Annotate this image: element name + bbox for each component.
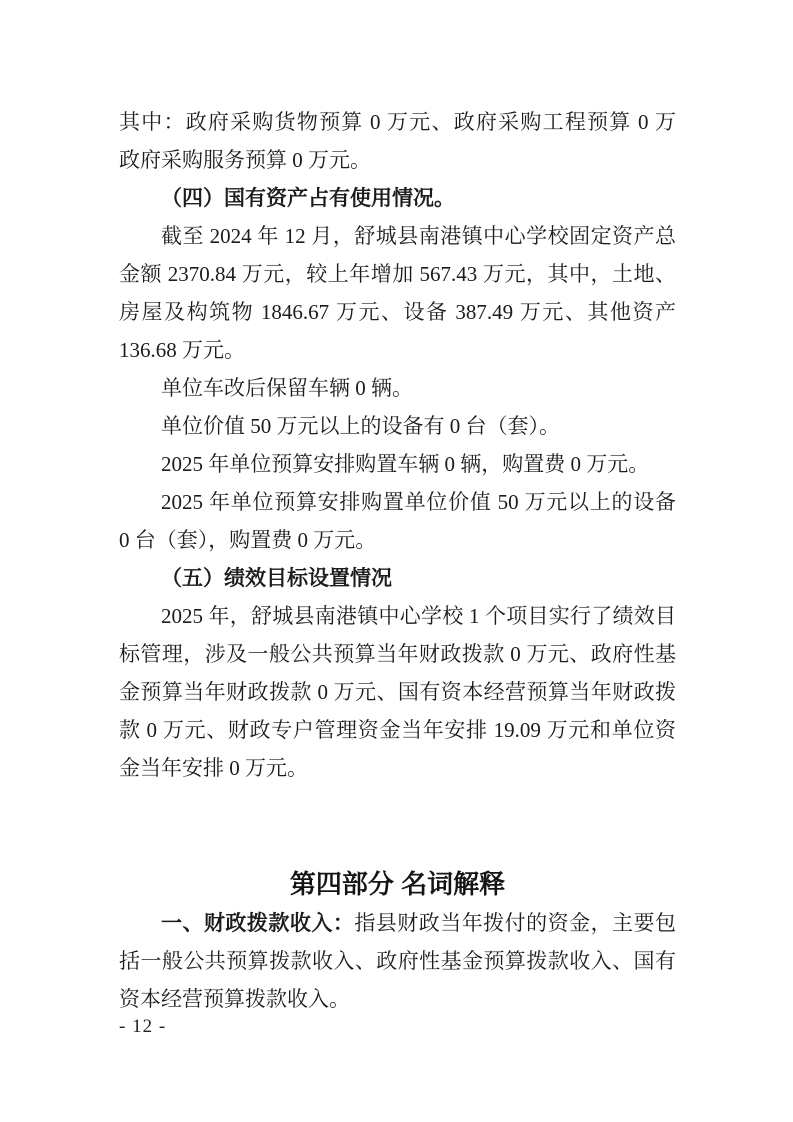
- text-line: 单位车改后保留车辆 0 辆。: [119, 369, 676, 407]
- text-line: 标管理，涉及一般公共预算当年财政拨款 0 万元、政府性基: [119, 635, 676, 673]
- glossary-term: 一、财政拨款收入：: [161, 912, 354, 935]
- text-line: 金额 2370.84 万元，较上年增加 567.43 万元，其中，土地、: [119, 255, 676, 293]
- text-line: 单位价值 50 万元以上的设备有 0 台（套）。: [119, 407, 676, 445]
- text-line: （四）国有资产占有使用情况。: [119, 179, 676, 217]
- text-line: 款 0 万元、财政专户管理资金当年安排 19.09 万元和单位资: [119, 711, 676, 749]
- text-line: 2025 年单位预算安排购置车辆 0 辆，购置费 0 万元。: [119, 445, 676, 483]
- text-segment: 指县财政当年拨付的资金，主要包: [354, 911, 676, 935]
- text-line: 房屋及构筑物 1846.67 万元、设备 387.49 万元、其他资产: [119, 293, 676, 331]
- text-line: 资本经营预算拨款收入。: [119, 980, 676, 1018]
- glossary-paragraph: 一、财政拨款收入：指县财政当年拨付的资金，主要包括一般公共预算拨款收入、政府性基…: [119, 904, 676, 1018]
- document-body: 其中：政府采购货物预算 0 万元、政府采购工程预算 0 万元、政府采购服务预算 …: [119, 103, 676, 1018]
- body-paragraphs: 其中：政府采购货物预算 0 万元、政府采购工程预算 0 万元、政府采购服务预算 …: [119, 103, 676, 787]
- text-line: 0 台（套），购置费 0 万元。: [119, 521, 676, 559]
- text-line: 金预算当年财政拨款 0 万元、国有资本经营预算当年财政拨: [119, 673, 676, 711]
- text-line: 金当年安排 0 万元。: [119, 749, 676, 787]
- text-line: 截至 2024 年 12 月，舒城县南港镇中心学校固定资产总: [119, 217, 676, 255]
- text-line: 政府采购服务预算 0 万元。: [119, 141, 676, 179]
- text-line: （五）绩效目标设置情况: [119, 559, 676, 597]
- document-page: 其中：政府采购货物预算 0 万元、政府采购工程预算 0 万元、政府采购服务预算 …: [0, 0, 793, 1122]
- text-line: 2025 年单位预算安排购置单位价值 50 万元以上的设备: [119, 483, 676, 521]
- text-line: 其中：政府采购货物预算 0 万元、政府采购工程预算 0 万元、: [119, 103, 676, 141]
- section-heading: 第四部分 名词解释: [119, 864, 676, 904]
- text-line: 一、财政拨款收入：指县财政当年拨付的资金，主要包: [119, 904, 676, 942]
- text-line: 2025 年，舒城县南港镇中心学校 1 个项目实行了绩效目: [119, 597, 676, 635]
- text-line: 136.68 万元。: [119, 331, 676, 369]
- page-number: - 12 -: [119, 1016, 166, 1038]
- text-line: 括一般公共预算拨款收入、政府性基金预算拨款收入、国有: [119, 942, 676, 980]
